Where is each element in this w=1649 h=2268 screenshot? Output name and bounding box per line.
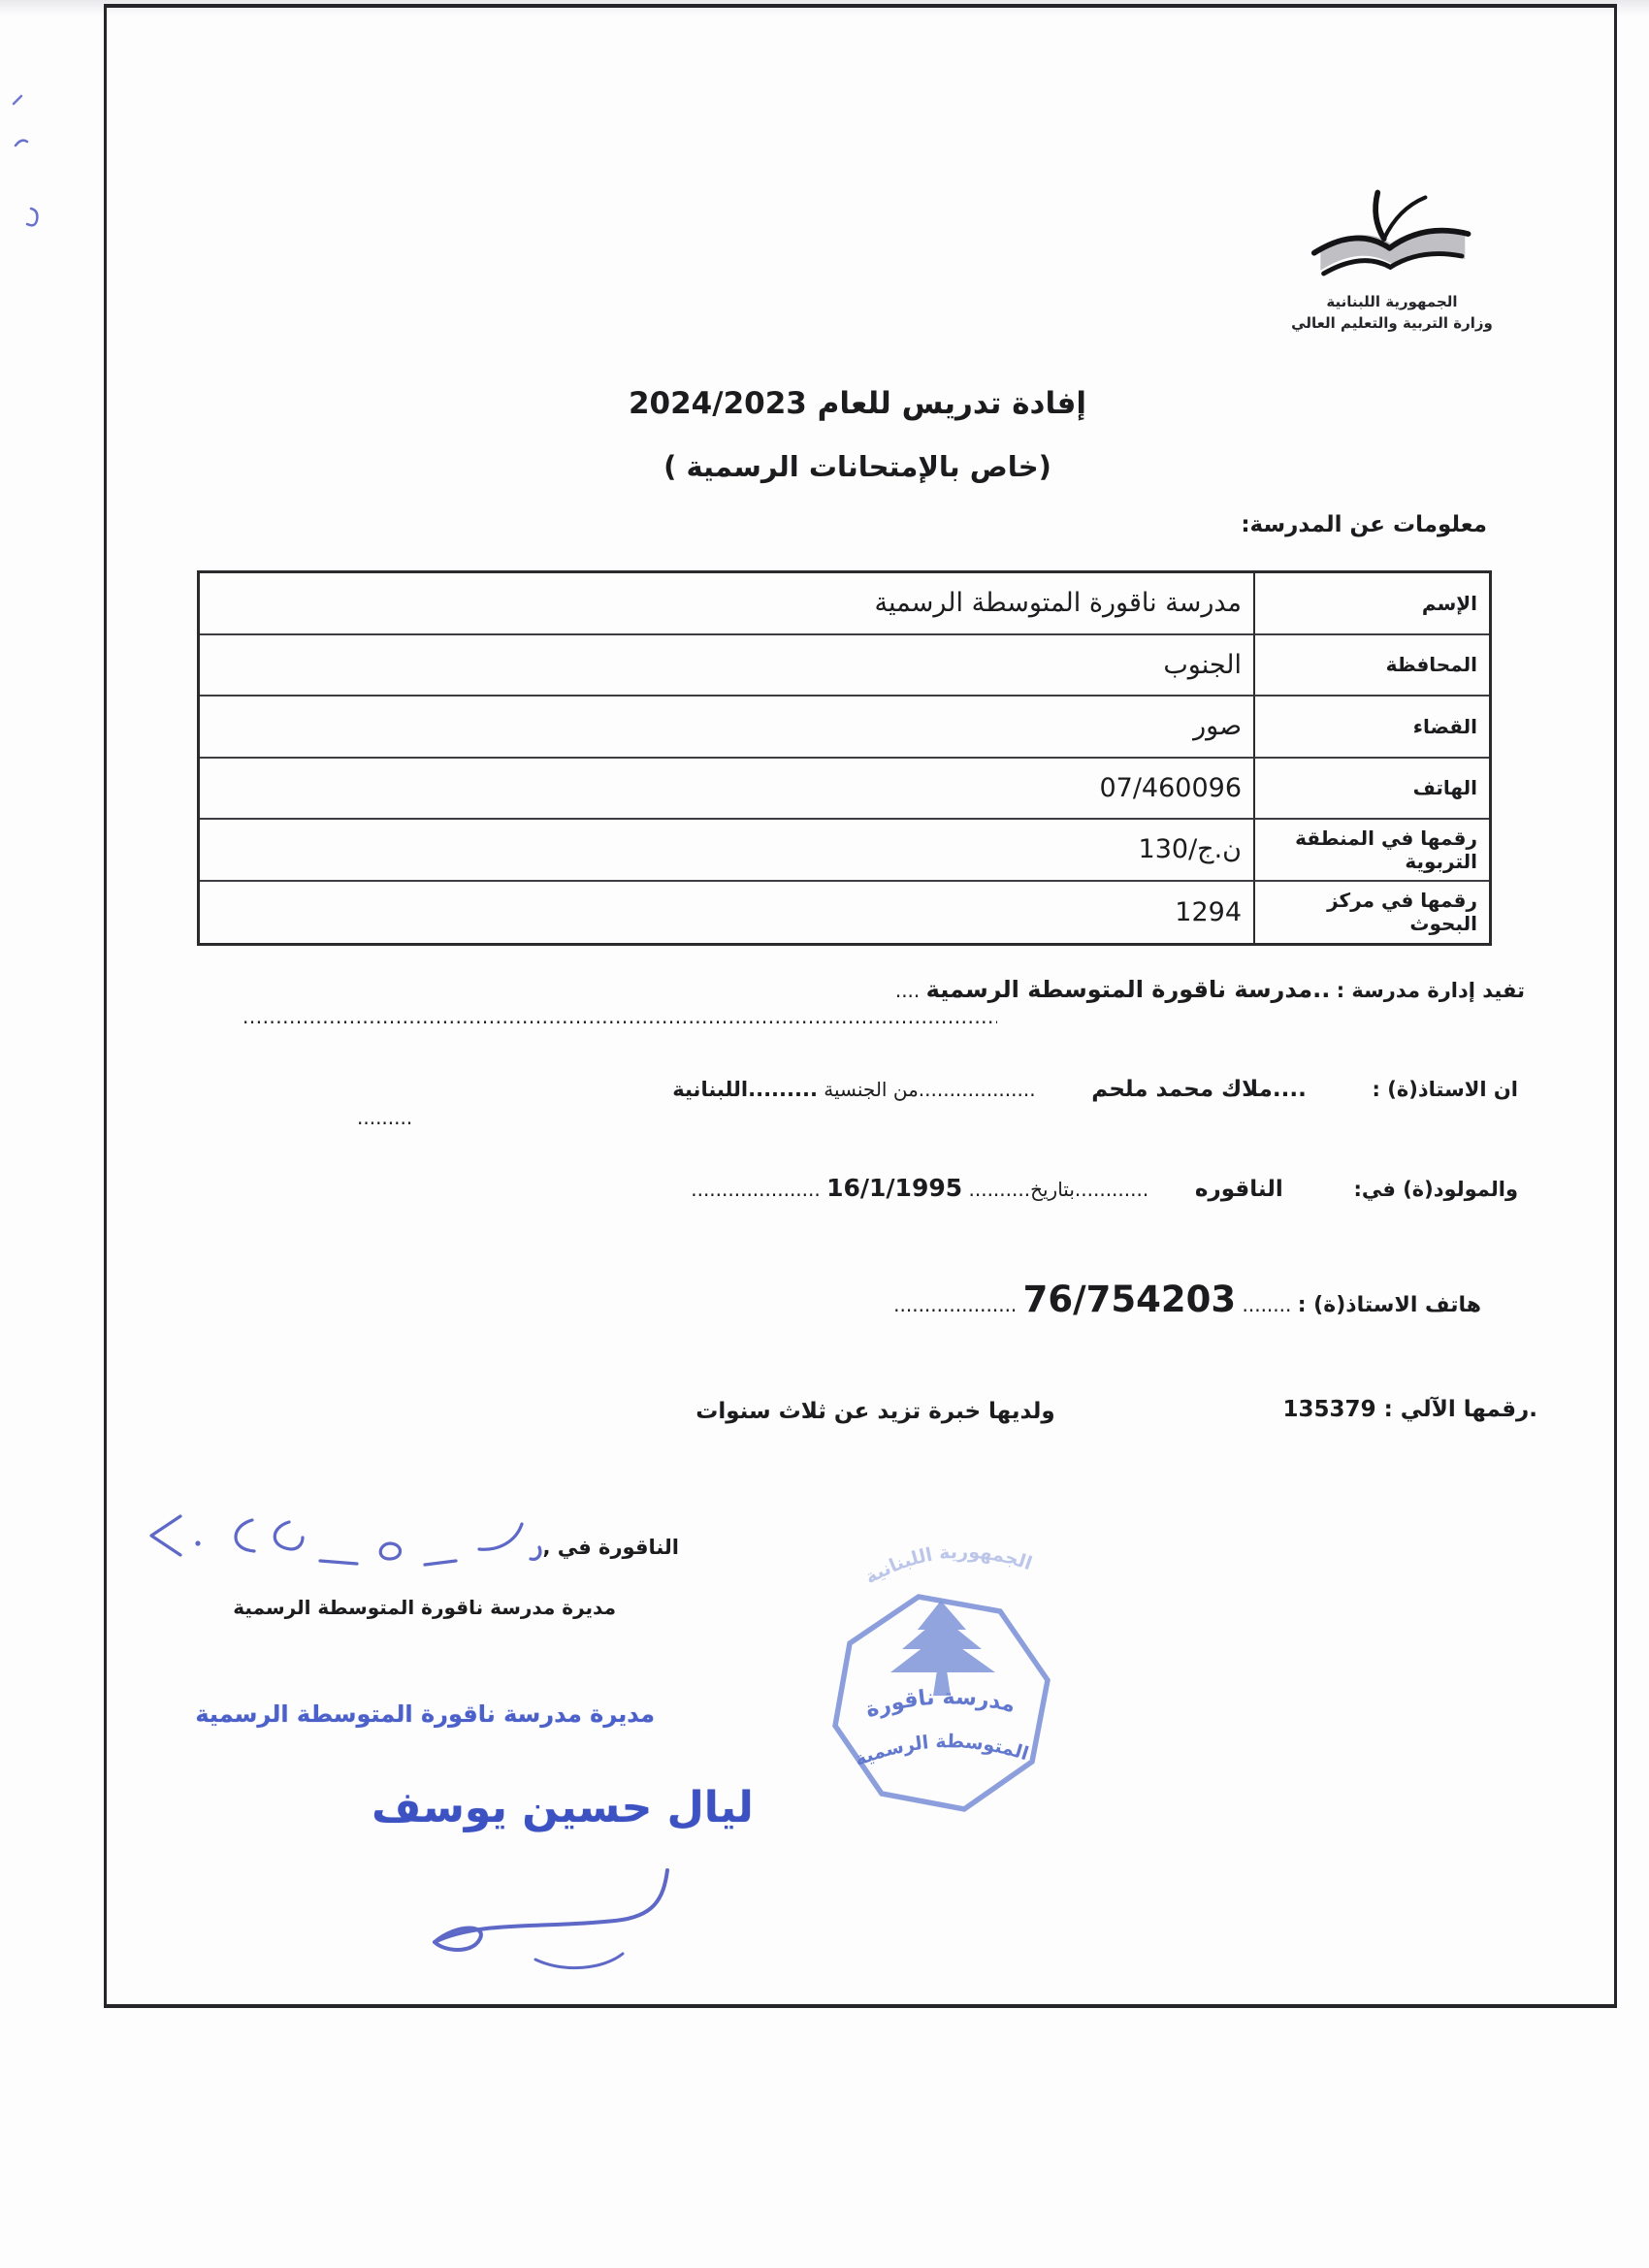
table-row-value: 1294	[200, 882, 1253, 944]
table-row-label: الهاتف	[1253, 759, 1489, 821]
phone-value: 76/754203	[1023, 1279, 1236, 1320]
stamp-outer-text: الجمهورية اللبنانية	[861, 1541, 1035, 1589]
teacher-line: ان الاستاذ(ة) : ....ملاك محمد ملحم .....…	[672, 1077, 1518, 1102]
pen-mark-icon	[6, 92, 54, 228]
dotted-fill: .........	[357, 1106, 412, 1129]
cedar-tree-icon	[890, 1601, 995, 1696]
certify-line: تفيد إدارة مدرسة : ..مدرسة ناقورة المتوس…	[895, 976, 1525, 1003]
birth-date-label: ............بتاريخ..........	[969, 1178, 1149, 1201]
school-official-stamp: الجمهورية اللبنانية مدرسة ناقورة المتوسط…	[803, 1506, 1099, 1831]
school-info-heading: معلومات عن المدرسة:	[1241, 512, 1487, 537]
table-row-value: 07/460096	[200, 759, 1253, 821]
table-row-value: صور	[200, 697, 1253, 759]
dotted-fill: ....................	[893, 1293, 1017, 1316]
table-row-label: القضاء	[1253, 697, 1489, 759]
school-info-table: الإسم مدرسة ناقورة المتوسطة الرسمية المح…	[197, 570, 1492, 946]
teacher-phone-line: هاتف الاستاذ(ة) : ........ 76/754203 ...…	[893, 1279, 1481, 1320]
open-book-logo-icon	[1305, 186, 1479, 291]
stamp-school-name-line2: المتوسطة الرسمية	[852, 1731, 1031, 1770]
table-row-value: الجنوب	[200, 635, 1253, 697]
dotted-fill-line: ........................................…	[242, 1005, 997, 1028]
certify-label: تفيد إدارة مدرسة :	[1337, 979, 1525, 1002]
teacher-label: ان الاستاذ(ة) :	[1373, 1078, 1518, 1101]
signature-scribble	[417, 1863, 708, 1984]
dotted-fill: ........	[1243, 1293, 1292, 1316]
experience-note: ولديها خبرة تزيد عن ثلاث سنوات	[611, 1399, 1140, 1424]
nationality-value: .........اللبنانية	[672, 1078, 818, 1101]
director-title-printed: مديرة مدرسة ناقورة المتوسطة الرسمية	[276, 1596, 616, 1619]
ministry-country-label: الجمهورية اللبنانية	[1290, 293, 1494, 310]
svg-text:مدرسة ناقورة: مدرسة ناقورة	[862, 1685, 1018, 1723]
birth-line: والمولود(ة) في: الناقوره ............بتا…	[691, 1174, 1518, 1202]
table-row-value: مدرسة ناقورة المتوسطة الرسمية	[200, 573, 1253, 635]
ministry-name-label: وزارة التربية والتعليم العالي	[1290, 314, 1494, 332]
table-row-label: رقمها في المنطقة التربوية	[1253, 820, 1489, 882]
stamp-school-name-line1: مدرسة ناقورة	[862, 1685, 1018, 1723]
dotted-fill: .....................	[691, 1178, 821, 1201]
birth-date-value: 16/1/1995	[826, 1174, 962, 1202]
handwritten-date-scribble	[136, 1499, 567, 1596]
scanned-document-page: الجمهورية اللبنانية وزارة التربية والتعل…	[0, 0, 1649, 2268]
certify-school-name: ..مدرسة ناقورة المتوسطة الرسمية	[926, 976, 1331, 1003]
table-row-value: ن.ج/130	[200, 820, 1253, 882]
page-subtitle: (خاص بالإمتحانات الرسمية )	[104, 450, 1611, 483]
table-row-label: الإسم	[1253, 573, 1489, 635]
birth-label: والمولود(ة) في:	[1353, 1178, 1518, 1201]
birth-place: الناقوره	[1195, 1177, 1283, 1202]
page-title: إفادة تدريس للعام 2024/2023	[104, 386, 1611, 421]
auto-number-line: .رقمها الآلي : 135379	[1283, 1397, 1537, 1422]
director-name: ليال حسين يوسف	[344, 1783, 781, 1832]
ministry-header: الجمهورية اللبنانية وزارة التربية والتعل…	[1290, 186, 1494, 332]
table-row-label: المحافظة	[1253, 635, 1489, 697]
phone-label: هاتف الاستاذ(ة) :	[1298, 1293, 1481, 1317]
svg-text:المتوسطة الرسمية: المتوسطة الرسمية	[852, 1731, 1031, 1770]
svg-text:الجمهورية اللبنانية: الجمهورية اللبنانية	[861, 1541, 1035, 1589]
teacher-name: ....ملاك محمد ملحم	[1091, 1077, 1307, 1102]
table-row-label: رقمها في مركز البحوث	[1253, 882, 1489, 944]
nationality-label: ...................من الجنسية	[824, 1078, 1035, 1101]
dotted-fill: ....	[895, 979, 920, 1002]
director-title-stamp: مديرة مدرسة ناقورة المتوسطة الرسمية	[286, 1701, 655, 1728]
